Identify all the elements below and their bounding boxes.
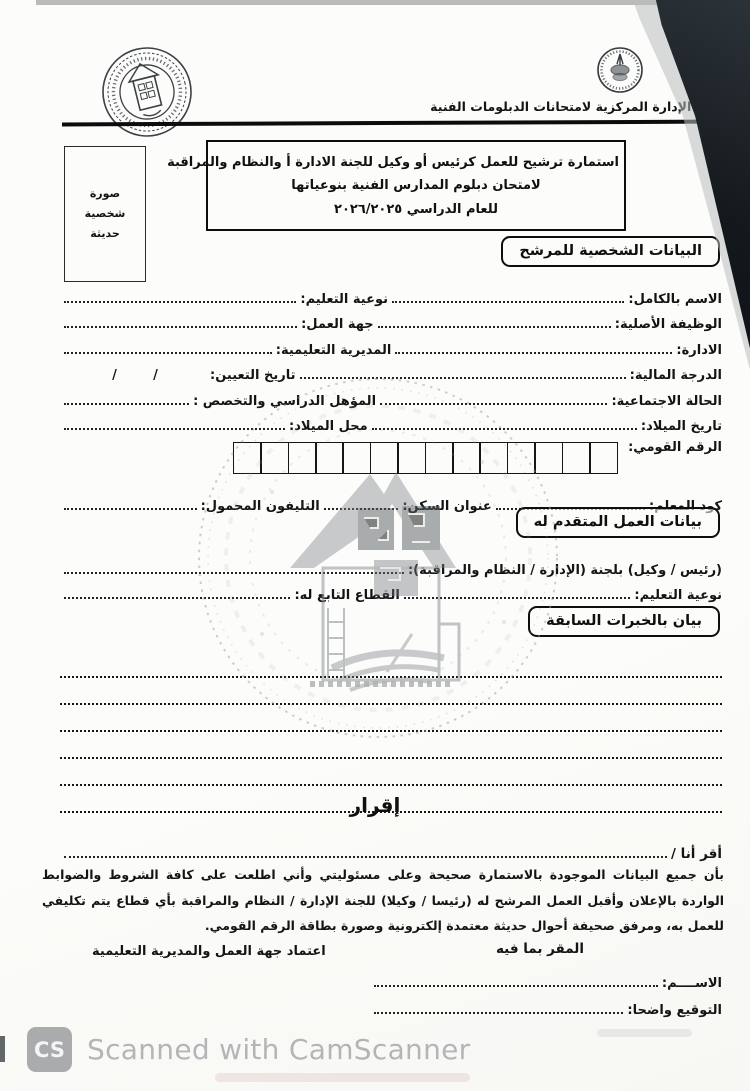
administration-blank: [395, 352, 672, 354]
field-row: الرقم القومي:: [60, 434, 722, 484]
national-id-cell: [233, 442, 262, 474]
name-label: الاســــم:: [662, 976, 722, 991]
workplace-blank: [64, 326, 297, 328]
address-blank: [324, 508, 399, 510]
scan-edge-left-mark: [0, 1036, 5, 1062]
birth-place-label: محل الميلاد:: [289, 419, 368, 434]
camscanner-text: Scanned with CamScanner: [87, 1033, 470, 1066]
national-id-cell: [315, 442, 344, 474]
approval-heading: اعتماد جهة العمل والمديرية التعليمية: [92, 944, 326, 959]
birth-date-blank: [372, 428, 637, 430]
education-type-blank: [64, 301, 296, 303]
experience-dotted-line: [60, 705, 722, 732]
full-name-label: الاسم بالكامل:: [628, 292, 722, 307]
full-name-blank: [392, 301, 624, 303]
birth-date-label: تاريخ الميلاد:: [641, 419, 722, 434]
form-title-line2: لامتحان دبلوم المدارس الفنية بنوعياتها: [213, 174, 619, 197]
experience-dotted-line: [60, 651, 722, 678]
signature-blank: [374, 1012, 623, 1014]
signature-row: التوقيع واضحا:: [370, 993, 722, 1018]
national-id-boxes: [234, 442, 618, 474]
signature-label: التوقيع واضحا:: [627, 1003, 722, 1018]
national-id-cell: [507, 442, 536, 474]
declaration-opener-row: أقر أنا /: [60, 836, 722, 862]
marital-status-label: الحالة الاجتماعية:: [611, 394, 722, 409]
scanned-form-page: لجنة الإدارة المركزية لامتحانات الدبلوما…: [0, 0, 750, 1091]
hire-date-slashes: / /: [60, 368, 210, 383]
hire-date-label: تاريخ التعيين:: [210, 368, 296, 383]
qualification-label: المؤهل الدراسي والتخصص :: [193, 394, 376, 409]
scan-smudge: [597, 1029, 692, 1037]
applied-education-type-label: نوعية التعليم:: [634, 588, 722, 603]
form-title-line3: للعام الدراسي ٢٠٢٦/٢٠٢٥: [213, 198, 619, 221]
experience-dotted-line: [60, 759, 722, 786]
name-blank: [374, 985, 658, 987]
personal-data-fields: الاسم بالكامل: نوعية التعليم: الوظيفة ال…: [60, 281, 722, 514]
national-id-label: الرقم القومي:: [628, 440, 722, 455]
declaration-opener-label: أقر أنا /: [671, 846, 722, 862]
declaration-body: بأن جميع البيانات الموجودة بالاستمارة صح…: [42, 862, 724, 939]
declaration-name-blank: [64, 856, 667, 858]
declarer-heading: المقر بما فيه: [460, 941, 620, 957]
role-committee-label: (رئيس / وكيل) بلجنة (الإدارة / النظام وا…: [408, 563, 722, 578]
education-type-label: نوعية التعليم:: [300, 292, 388, 307]
workplace-label: جهة العمل:: [301, 317, 374, 332]
national-id-cell: [370, 442, 399, 474]
national-id-cell: [260, 442, 289, 474]
field-row: الوظيفة الأصلية: جهة العمل:: [60, 307, 722, 333]
original-job-blank: [378, 326, 611, 328]
applied-education-type-blank: [404, 597, 630, 599]
mobile-label: التليفون المحمول:: [201, 499, 320, 514]
photo-placeholder-box: صورة شخصية حديثة: [64, 146, 146, 282]
scan-smudge: [215, 1073, 470, 1082]
form-title-box: استمارة ترشيح للعمل كرئيس أو وكيل للجنة …: [206, 140, 626, 231]
field-row: الاسم بالكامل: نوعية التعليم:: [60, 281, 722, 307]
camscanner-icon: CS: [27, 1027, 72, 1072]
name-signature-row: الاســــم:: [370, 966, 722, 991]
marital-status-blank: [380, 403, 607, 405]
field-row: الادارة: المديرية التعليمية:: [60, 332, 722, 358]
directorate-label: المديرية التعليمية:: [276, 343, 392, 358]
field-row: نوعية التعليم: القطاع التابع له:: [60, 578, 722, 604]
financial-grade-blank: [300, 377, 626, 379]
section-applied-work-title: بيانات العمل المتقدم له: [516, 507, 720, 538]
form-title-line1: استمارة ترشيح للعمل كرئيس أو وكيل للجنة …: [213, 151, 619, 174]
declaration-title: إقرار: [0, 793, 750, 817]
financial-grade-label: الدرجة المالية:: [630, 368, 722, 383]
national-id-cell: [342, 442, 371, 474]
sector-blank: [64, 597, 290, 599]
sector-label: القطاع التابع له:: [294, 588, 399, 603]
national-id-cell: [534, 442, 563, 474]
field-row: (رئيس / وكيل) بلجنة (الإدارة / النظام وا…: [60, 552, 722, 578]
directorate-blank: [64, 352, 272, 354]
national-id-cell: [562, 442, 591, 474]
field-row: الدرجة المالية: تاريخ التعيين: / /: [60, 358, 722, 384]
camscanner-watermark: CS Scanned with CamScanner: [27, 1027, 470, 1072]
national-id-cell: [479, 442, 508, 474]
experience-dotted-line: [60, 732, 722, 759]
eagle-emblem-icon: [596, 46, 644, 94]
experience-dotted-line: [60, 678, 722, 705]
role-committee-blank: [64, 572, 404, 574]
field-row: تاريخ الميلاد: محل الميلاد:: [60, 409, 722, 435]
mobile-blank: [64, 508, 197, 510]
national-id-cell: [589, 442, 618, 474]
qualification-blank: [64, 403, 189, 405]
experience-lines: [60, 651, 722, 813]
national-id-cell: [425, 442, 454, 474]
administration-label: الادارة:: [676, 343, 722, 358]
national-id-cell: [397, 442, 426, 474]
birth-place-blank: [64, 428, 285, 430]
address-label: عنوان السكن:: [402, 499, 491, 514]
section-personal-data-title: البيانات الشخصية للمرشح: [501, 236, 720, 267]
applied-work-fields: (رئيس / وكيل) بلجنة (الإدارة / النظام وا…: [60, 552, 722, 603]
national-id-cell: [452, 442, 481, 474]
original-job-label: الوظيفة الأصلية:: [615, 317, 722, 332]
section-experience-title: بيان بالخبرات السابقة: [528, 606, 720, 637]
field-row: الحالة الاجتماعية: المؤهل الدراسي والتخص…: [60, 383, 722, 409]
national-id-cell: [288, 442, 317, 474]
